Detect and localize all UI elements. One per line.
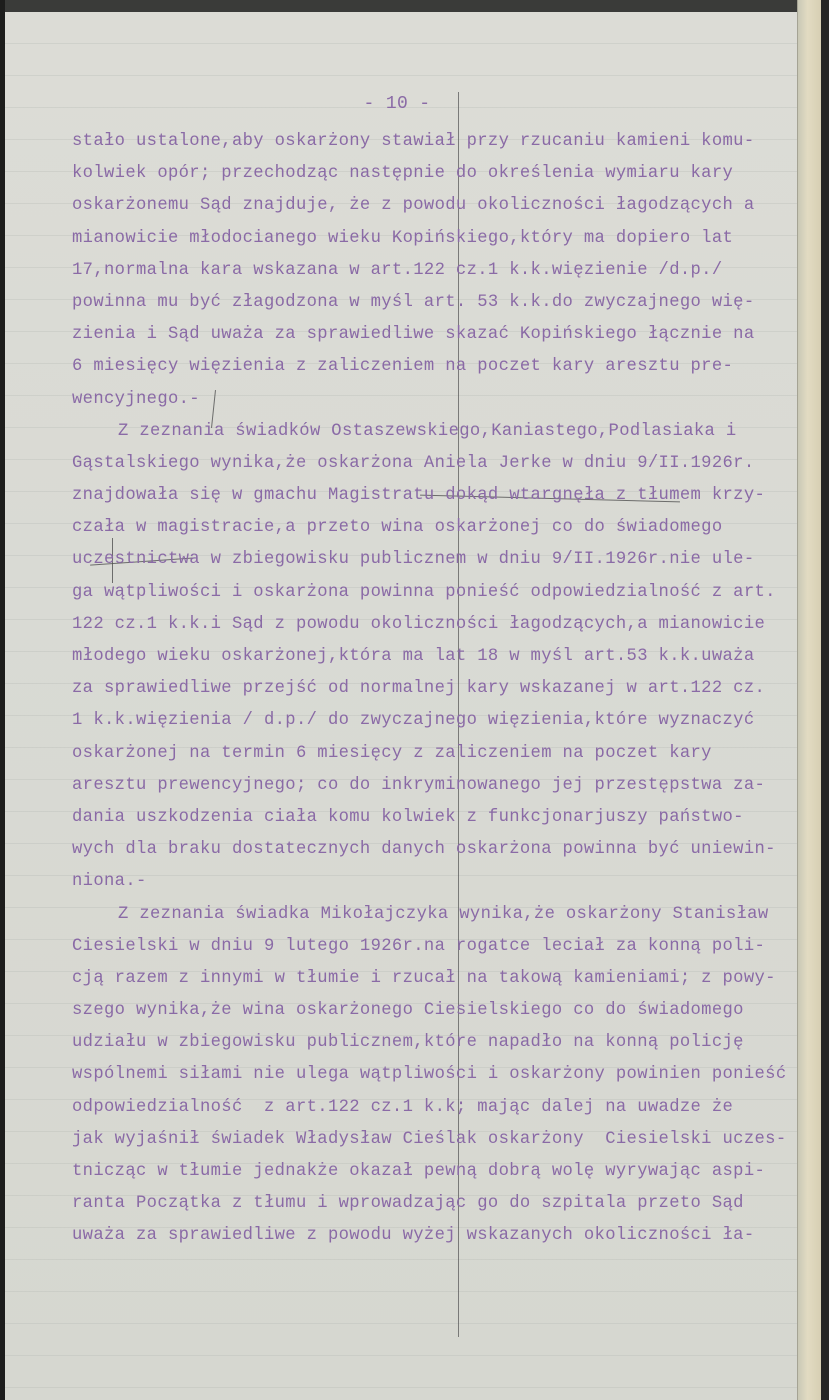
text-line-content: Z zeznania świadków Ostaszewskiego,Kania… <box>118 422 737 441</box>
text-line-content: powinna mu być złagodzona w myśl art. 53… <box>72 293 755 312</box>
text-line: oskarżonemu Sąd znajduje, że z powodu ok… <box>72 190 792 222</box>
text-line-content: cją razem z innymi w tłumie i rzucał na … <box>72 969 776 988</box>
text-line-content: wspólnemi siłami nie ulega wątpliwości i… <box>72 1065 787 1084</box>
text-line-content: za sprawiedliwe przejść od normalnej kar… <box>72 679 765 698</box>
text-line: szego wynika,że wina oskarżonego Ciesiel… <box>72 995 792 1027</box>
text-line: Gąstalskiego wynika,że oskarżona Aniela … <box>72 448 792 480</box>
text-line-content: znajdowała się w gmachu Magistratu dokąd… <box>72 486 765 505</box>
text-line: jak wyjaśnił świadek Władysław Cieślak o… <box>72 1124 792 1156</box>
text-line: czała w magistracie,a przeto wina oskarż… <box>72 512 792 544</box>
scan-top-border <box>0 0 829 12</box>
text-line-content: młodego wieku oskarżonej,która ma lat 18… <box>72 647 755 666</box>
text-line-content: udziału w zbiegowisku publicznem,które n… <box>72 1033 744 1052</box>
text-line-content: ranta Początka z tłumu i wprowadzając go… <box>72 1194 744 1213</box>
text-line: Z zeznania świadka Mikołajczyka wynika,ż… <box>72 899 792 931</box>
text-line: ga wątpliwości i oskarżona powinna ponie… <box>72 577 792 609</box>
text-line-content: aresztu prewencyjnego; co do inkryminowa… <box>72 776 765 795</box>
text-line-content: niona.- <box>72 872 147 891</box>
text-line: znajdowała się w gmachu Magistratu dokąd… <box>72 480 792 512</box>
text-line: 122 cz.1 k.k.i Sąd z powodu okoliczności… <box>72 609 792 641</box>
text-line-content: szego wynika,że wina oskarżonego Ciesiel… <box>72 1001 744 1020</box>
text-line-content: Z zeznania świadka Mikołajczyka wynika,ż… <box>118 905 769 924</box>
text-line: za sprawiedliwe przejść od normalnej kar… <box>72 673 792 705</box>
text-line: 17,normalna kara wskazana w art.122 cz.1… <box>72 255 792 287</box>
text-line-content: Gąstalskiego wynika,że oskarżona Aniela … <box>72 454 755 473</box>
text-line: młodego wieku oskarżonej,która ma lat 18… <box>72 641 792 673</box>
text-line: wencyjnego.- <box>72 384 792 416</box>
text-line: oskarżonej na termin 6 miesięcy z zalicz… <box>72 738 792 770</box>
text-line: niona.- <box>72 866 792 898</box>
text-line-content: uczestnictwa w zbiegowisku publicznem w … <box>72 550 755 569</box>
text-line: stało ustalone,aby oskarżony stawiał prz… <box>72 126 792 158</box>
text-line-content: wencyjnego.- <box>72 390 200 409</box>
text-line: 6 miesięcy więzienia z zaliczeniem na po… <box>72 351 792 383</box>
text-line-content: 17,normalna kara wskazana w art.122 cz.1… <box>72 261 723 280</box>
text-line: uważa za sprawiedliwe z powodu wyżej wsk… <box>72 1220 792 1252</box>
scan-right-border <box>821 0 829 1400</box>
typewritten-text: - 10 - stało ustalone,aby oskarżony staw… <box>72 88 792 1253</box>
text-line: Ciesielski w dniu 9 lutego 1926r.na roga… <box>72 931 792 963</box>
text-line-content: oskarżonemu Sąd znajduje, że z powodu ok… <box>72 196 755 215</box>
text-line: 1 k.k.więzienia / d.p./ do zwyczajnego w… <box>72 705 792 737</box>
text-line: uczestnictwa w zbiegowisku publicznem w … <box>72 544 792 576</box>
text-line: kolwiek opór; przechodząc następnie do o… <box>72 158 792 190</box>
text-line-content: mianowicie młodocianego wieku Kopińskieg… <box>72 229 733 248</box>
text-line-content: 1 k.k.więzienia / d.p./ do zwyczajnego w… <box>72 711 755 730</box>
text-line-content: odpowiedzialność z art.122 cz.1 k.k; maj… <box>72 1098 733 1117</box>
text-line-content: jak wyjaśnił świadek Władysław Cieślak o… <box>72 1130 787 1149</box>
text-line: cją razem z innymi w tłumie i rzucał na … <box>72 963 792 995</box>
text-line-content: dania uszkodzenia ciała komu kolwiek z f… <box>72 808 744 827</box>
text-line-content: czała w magistracie,a przeto wina oskarż… <box>72 518 723 537</box>
text-line: powinna mu być złagodzona w myśl art. 53… <box>72 287 792 319</box>
text-line: tnicząc w tłumie jednakże okazał pewną d… <box>72 1156 792 1188</box>
text-lines: stało ustalone,aby oskarżony stawiał prz… <box>72 126 792 1253</box>
text-line: odpowiedzialność z art.122 cz.1 k.k; maj… <box>72 1092 792 1124</box>
text-line: zienia i Sąd uważa za sprawiedliwe skaza… <box>72 319 792 351</box>
text-line-content: ga wątpliwości i oskarżona powinna ponie… <box>72 583 776 602</box>
text-line-content: zienia i Sąd uważa za sprawiedliwe skaza… <box>72 325 755 344</box>
text-line-content: 122 cz.1 k.k.i Sąd z powodu okoliczności… <box>72 615 765 634</box>
text-line-content: stało ustalone,aby oskarżony stawiał prz… <box>72 132 755 151</box>
page-number: - 10 - <box>72 88 722 120</box>
text-line: udziału w zbiegowisku publicznem,które n… <box>72 1027 792 1059</box>
text-line-content: wych dla braku dostatecznych danych oska… <box>72 840 776 859</box>
text-line: aresztu prewencyjnego; co do inkryminowa… <box>72 770 792 802</box>
underlying-sheet-edge <box>797 0 822 1400</box>
text-line: wspólnemi siłami nie ulega wątpliwości i… <box>72 1059 792 1091</box>
text-line-content: kolwiek opór; przechodząc następnie do o… <box>72 164 733 183</box>
text-line: ranta Początka z tłumu i wprowadzając go… <box>72 1188 792 1220</box>
text-line: dania uszkodzenia ciała komu kolwiek z f… <box>72 802 792 834</box>
text-line-content: tnicząc w tłumie jednakże okazał pewną d… <box>72 1162 765 1181</box>
text-line: wych dla braku dostatecznych danych oska… <box>72 834 792 866</box>
text-line-content: Ciesielski w dniu 9 lutego 1926r.na roga… <box>72 937 765 956</box>
text-line-content: uważa za sprawiedliwe z powodu wyżej wsk… <box>72 1226 755 1245</box>
text-line: mianowicie młodocianego wieku Kopińskieg… <box>72 223 792 255</box>
text-line-content: oskarżonej na termin 6 miesięcy z zalicz… <box>72 744 712 763</box>
text-line-content: 6 miesięcy więzienia z zaliczeniem na po… <box>72 357 733 376</box>
text-line: Z zeznania świadków Ostaszewskiego,Kania… <box>72 416 792 448</box>
